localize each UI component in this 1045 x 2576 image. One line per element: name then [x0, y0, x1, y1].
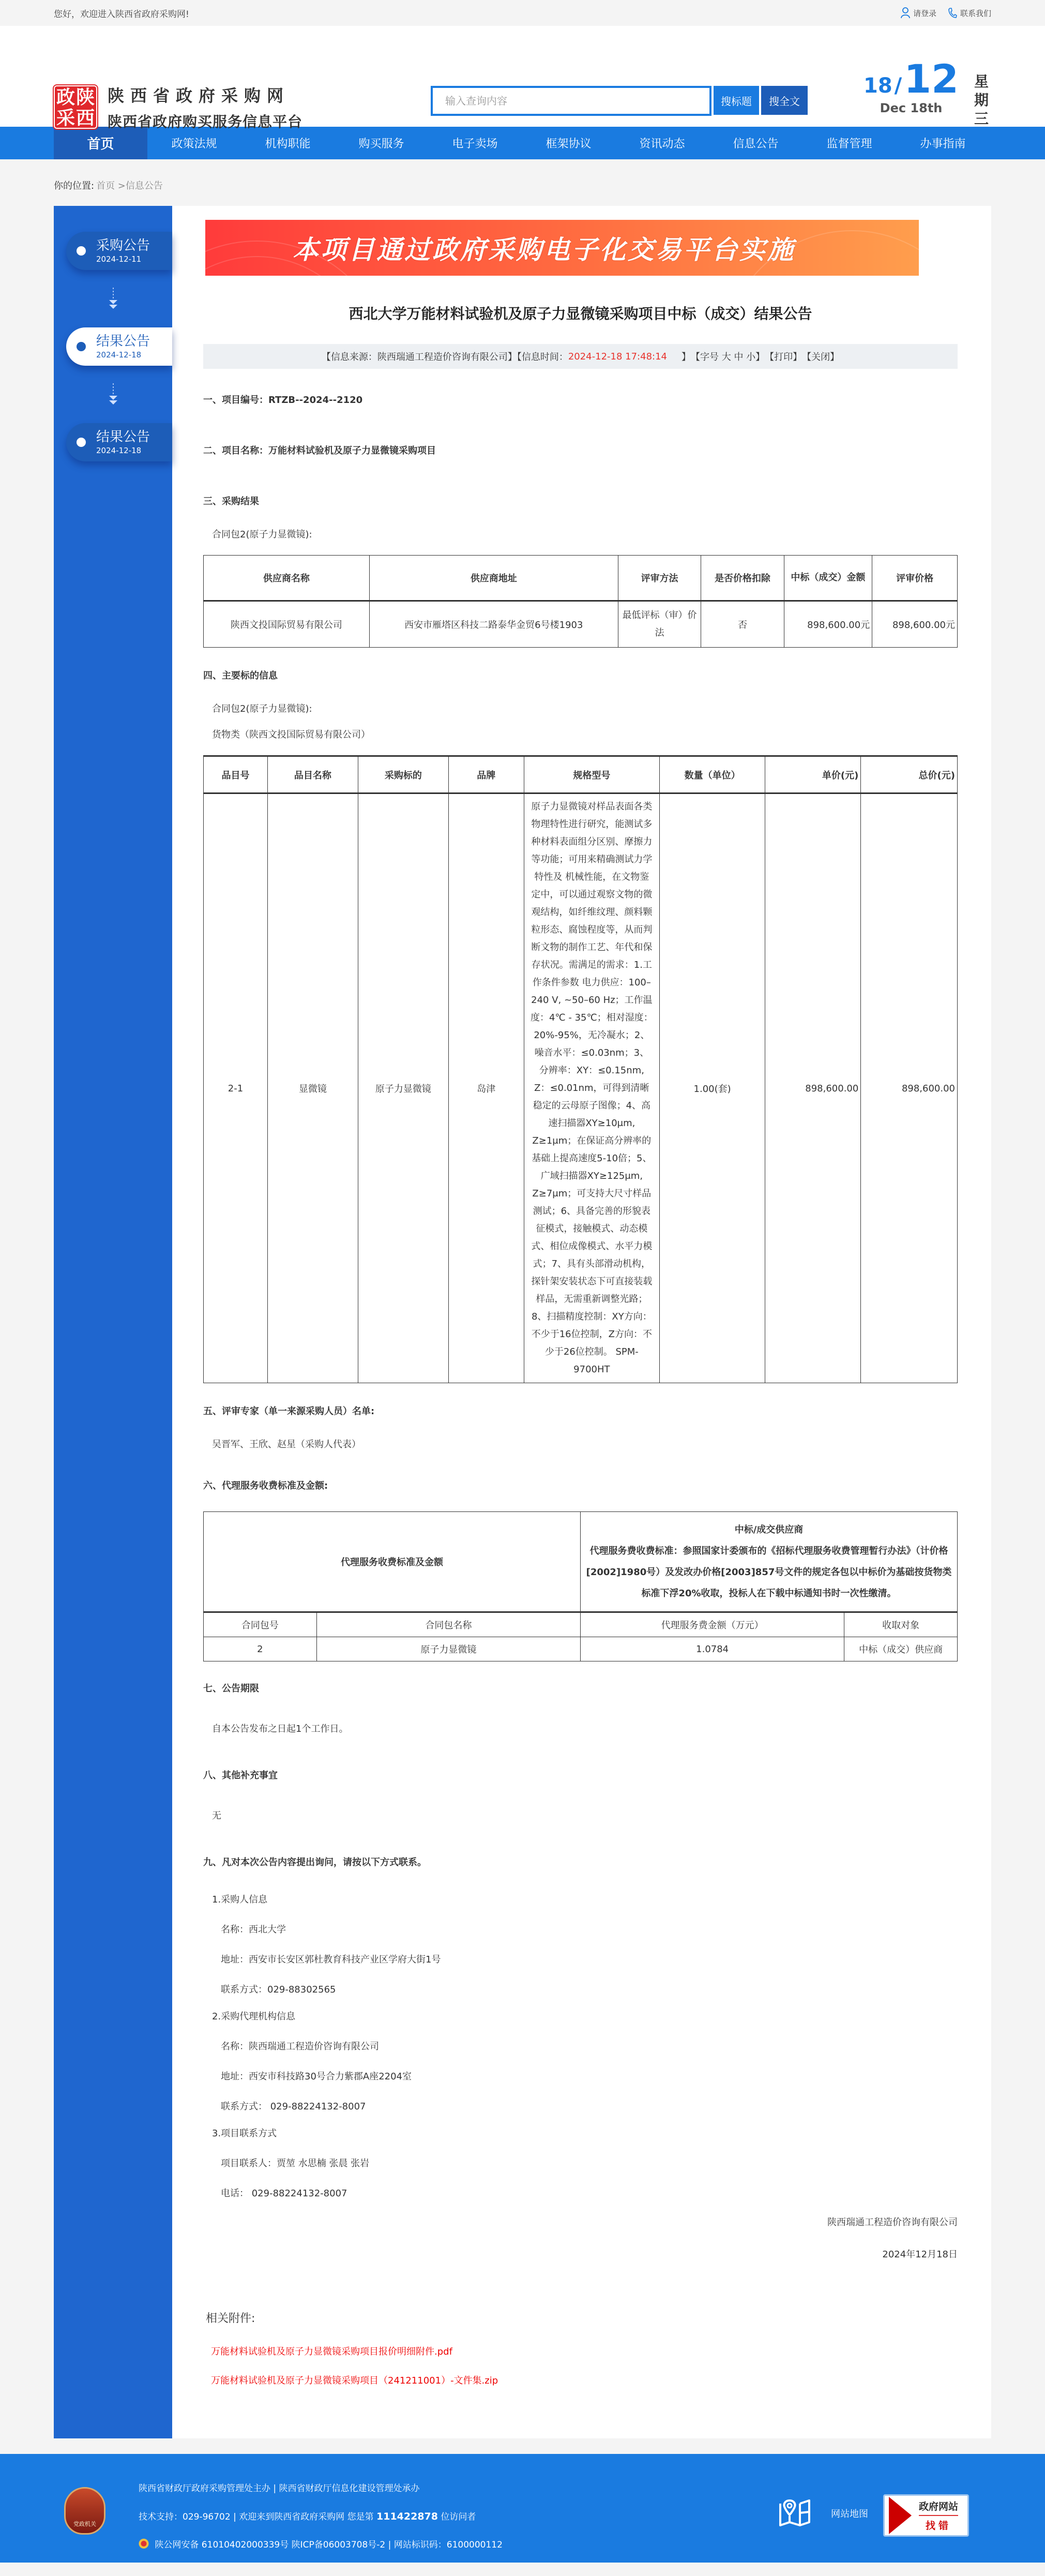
banner-text: 本项目通过政府采购电子化交易平台实施: [293, 229, 795, 266]
site-header: 政 陕 采 西 陕西省政府采购网 陕西省政府购买服务信息平台 搜标题 搜全文 1…: [0, 26, 1045, 127]
nav-item-0[interactable]: 首页: [54, 127, 147, 159]
timeline-sidebar: 采购公告2024-12-11结果公告2024-12-18结果公告2024-12-…: [54, 206, 172, 2438]
contact-link[interactable]: 联系我们: [948, 7, 991, 19]
attachment-link-pdf[interactable]: 万能材料试验机及原子力显微镜采购项目报价明细附件.pdf: [211, 2344, 958, 2358]
nav-item-2[interactable]: 机构职能: [241, 127, 335, 159]
arrow-down-icon: [54, 270, 172, 327]
article-meta: 【信息来源：陕西瑞通工程造价咨询有限公司】【信息时间： 2024-12-18 1…: [203, 344, 958, 369]
footer-icp: 陕公网安备 61010402000339号 陕ICP备06003708号-2 |…: [139, 2531, 503, 2559]
login-link[interactable]: 请登录: [901, 7, 936, 19]
nav-item-6[interactable]: 资讯动态: [615, 127, 709, 159]
timeline-step-2[interactable]: 结果公告2024-12-18: [66, 423, 172, 461]
arrow-down-icon: [54, 366, 172, 423]
step-date: 2024-12-18: [96, 350, 150, 360]
user-icon: [901, 7, 910, 19]
weekday: 星期三: [974, 72, 990, 128]
search-bar: 搜标题 搜全文: [431, 86, 808, 116]
contact-label: 联系我们: [960, 8, 991, 19]
result-table: 供应商名称 供应商地址 评审方法 是否价格扣除 中标（成交）金额 评审价格 陕西…: [203, 555, 958, 648]
article: 本项目通过政府采购电子化交易平台实施 西北大学万能材料试验机及原子力显微镜采购项…: [172, 206, 991, 2438]
nav-item-4[interactable]: 电子卖场: [428, 127, 522, 159]
table-row: 2 原子力显微镜 1.0784 中标（成交）供应商: [204, 1637, 958, 1661]
magnifier-icon: [889, 2497, 912, 2534]
step-dot-icon: [77, 438, 86, 447]
welcome-text: 您好，欢迎进入陕西省政府采购网!: [54, 7, 189, 20]
table-row: 2-1 显微镜 原子力显微镜 岛津 原子力显微镜对样品表面各类物理特性进行研究，…: [204, 793, 958, 1383]
signature-company: 陕西瑞通工程造价咨询有限公司: [203, 2215, 958, 2228]
main-nav: 首页政策法规机构职能购买服务电子卖场框架协议资讯动态信息公告监督管理办事指南: [0, 127, 1045, 159]
print-button[interactable]: 【打印】: [765, 350, 802, 363]
spec-cell: 原子力显微镜对样品表面各类物理特性进行研究，能测试多种材料表面组分区别、摩擦力等…: [524, 793, 659, 1383]
footer-sponsor: 陕西省财政厅政府采购管理处主办 | 陕西省财政厅信息化建设管理处承办: [139, 2475, 503, 2503]
section-items: 四、主要标的信息: [203, 668, 958, 682]
step-title: 采购公告: [96, 237, 150, 254]
map-icon: [778, 2498, 811, 2528]
buyer-address: 地址：西安市长安区郭杜教育科技产业区学府大街1号: [221, 1952, 958, 1966]
date-month: 12: [904, 59, 959, 99]
date-display: 18 / 12 Dec 18th 星期三: [864, 59, 990, 128]
project-phone: 电话： 029-88224132-8007: [221, 2186, 958, 2199]
sitemap-label: 网站地图: [831, 2507, 868, 2520]
visitor-count: 111422878: [376, 2511, 438, 2522]
section-fees: 六、代理服务收费标准及金额:: [203, 1478, 958, 1492]
font-size-control[interactable]: 【字号 大 中 小】: [691, 350, 765, 363]
breadcrumb-label: 你的位置:: [54, 178, 94, 192]
close-button[interactable]: 【关闭】: [802, 350, 839, 363]
nav-item-1[interactable]: 政策法规: [147, 127, 241, 159]
agent-name: 名称：陕西瑞通工程造价咨询有限公司: [221, 2039, 958, 2053]
platform-banner: 本项目通过政府采购电子化交易平台实施: [205, 220, 919, 276]
step-title: 结果公告: [96, 429, 150, 445]
section-period: 七、公告期限: [203, 1681, 958, 1695]
section-project-number: 一、项目编号：RTZB--2024--2120: [203, 393, 958, 406]
signature-date: 2024年12月18日: [203, 2247, 958, 2260]
sitemap-link[interactable]: 网站地图: [778, 2498, 868, 2528]
search-title-button[interactable]: 搜标题: [714, 86, 759, 115]
project-contact: 项目联系人：贾堃 水思楠 张晨 张岩: [221, 2156, 958, 2169]
nav-item-3[interactable]: 购买服务: [335, 127, 428, 159]
fee-table: 代理服务收费标准及金额 中标/成交供应商 代理服务费收费标准：参照国家计委颁布的…: [203, 1511, 958, 1661]
nav-item-8[interactable]: 监督管理: [802, 127, 896, 159]
phone-icon: [948, 7, 957, 19]
agent-heading: 2.采购代理机构信息: [212, 2009, 958, 2023]
timeline-step-1[interactable]: 结果公告2024-12-18: [66, 327, 172, 366]
police-badge-icon: [139, 2538, 149, 2552]
date-day: 18: [864, 74, 892, 98]
items-table: 品目号 品目名称 采购标的 品牌 规格型号 数量（单位） 单价(元) 总价(元)…: [203, 755, 958, 1383]
attachment-link-zip[interactable]: 万能材料试验机及原子力显微镜采购项目（241211001）-文件集.zip: [211, 2373, 958, 2387]
publish-time: 2024-12-18 17:48:14: [568, 351, 667, 362]
breadcrumb-path[interactable]: 首页 >信息公告: [96, 178, 163, 192]
table-row: 陕西文投国际贸易有限公司 西安市雁塔区科技二路泰华金贸6号楼1903 最低评标（…: [204, 601, 958, 648]
search-fulltext-button[interactable]: 搜全文: [761, 86, 808, 115]
section-contact: 九、凡对本次公告内容提出询问，请按以下方式联系。: [203, 1855, 958, 1868]
page-title: 西北大学万能材料试验机及原子力显微镜采购项目中标（成交）结果公告: [203, 303, 958, 323]
logo-mark-icon: 政 陕 采 西: [54, 85, 97, 129]
step-title: 结果公告: [96, 333, 150, 350]
project-heading: 3.项目联系方式: [212, 2126, 958, 2139]
timeline-step-0[interactable]: 采购公告2024-12-11: [66, 232, 172, 270]
nav-item-9[interactable]: 办事指南: [896, 127, 990, 159]
step-date: 2024-12-18: [96, 445, 150, 456]
step-dot-icon: [77, 342, 86, 351]
site-logo[interactable]: 政 陕 采 西 陕西省政府采购网 陕西省政府购买服务信息平台: [54, 83, 302, 131]
main-area: 采购公告2024-12-11结果公告2024-12-18结果公告2024-12-…: [54, 206, 991, 2438]
site-subtitle: 陕西省政府购买服务信息平台: [108, 111, 302, 131]
items-category: 货物类（陕西文投国际贸易有限公司）: [212, 727, 958, 741]
breadcrumb: 你的位置: 首页 >信息公告: [0, 164, 1045, 206]
result-package: 合同包2(原子力显微镜):: [212, 527, 958, 541]
step-date: 2024-12-11: [96, 254, 150, 264]
footer-support: 技术支持：029-96702 | 欢迎来到陕西省政府采购网 您是第 111422…: [139, 2503, 503, 2531]
other-text: 无: [212, 1808, 958, 1822]
section-result: 三、采购结果: [203, 494, 958, 507]
nav-item-7[interactable]: 信息公告: [709, 127, 802, 159]
top-bar: 您好，欢迎进入陕西省政府采购网! 请登录 联系我们: [0, 0, 1045, 26]
section-project-name: 二、项目名称：万能材料试验机及原子力显微镜采购项目: [203, 443, 958, 457]
gov-site-error-report-button[interactable]: 政府网站 找错: [883, 2494, 969, 2537]
party-gov-emblem-icon[interactable]: 党政机关: [64, 2487, 105, 2535]
attachments-label: 相关附件:: [206, 2310, 958, 2326]
login-label: 请登录: [913, 8, 936, 19]
buyer-heading: 1.采购人信息: [212, 1892, 958, 1906]
agent-phone: 联系方式： 029-88224132-8007: [221, 2099, 958, 2113]
items-package: 合同包2(原子力显微镜):: [212, 701, 958, 715]
site-footer: 党政机关 陕西省财政厅政府采购管理处主办 | 陕西省财政厅信息化建设管理处承办 …: [0, 2454, 1045, 2563]
buyer-phone: 联系方式：029-88302565: [221, 1982, 958, 1996]
section-experts: 五、评审专家（单一来源采购人员）名单:: [203, 1404, 958, 1417]
date-english: Dec 18th: [864, 101, 959, 115]
site-name: 陕西省政府采购网: [108, 83, 302, 107]
period-text: 自本公告发布之日起1个工作日。: [212, 1721, 958, 1735]
step-dot-icon: [77, 246, 86, 256]
fee-standard-text: 代理服务费收费标准：参照国家计委颁布的《招标代理服务收费管理暂行办法》（计价格[…: [585, 1540, 953, 1604]
search-input[interactable]: [431, 86, 711, 116]
experts-list: 吴晋军、王欣、赵星（采购人代表）: [212, 1437, 958, 1450]
agent-address: 地址：西安市科技路30号合力紫郡A座2204室: [221, 2069, 958, 2083]
buyer-name: 名称：西北大学: [221, 1922, 958, 1936]
nav-item-5[interactable]: 框架协议: [522, 127, 615, 159]
section-other: 八、其他补充事宜: [203, 1768, 958, 1781]
